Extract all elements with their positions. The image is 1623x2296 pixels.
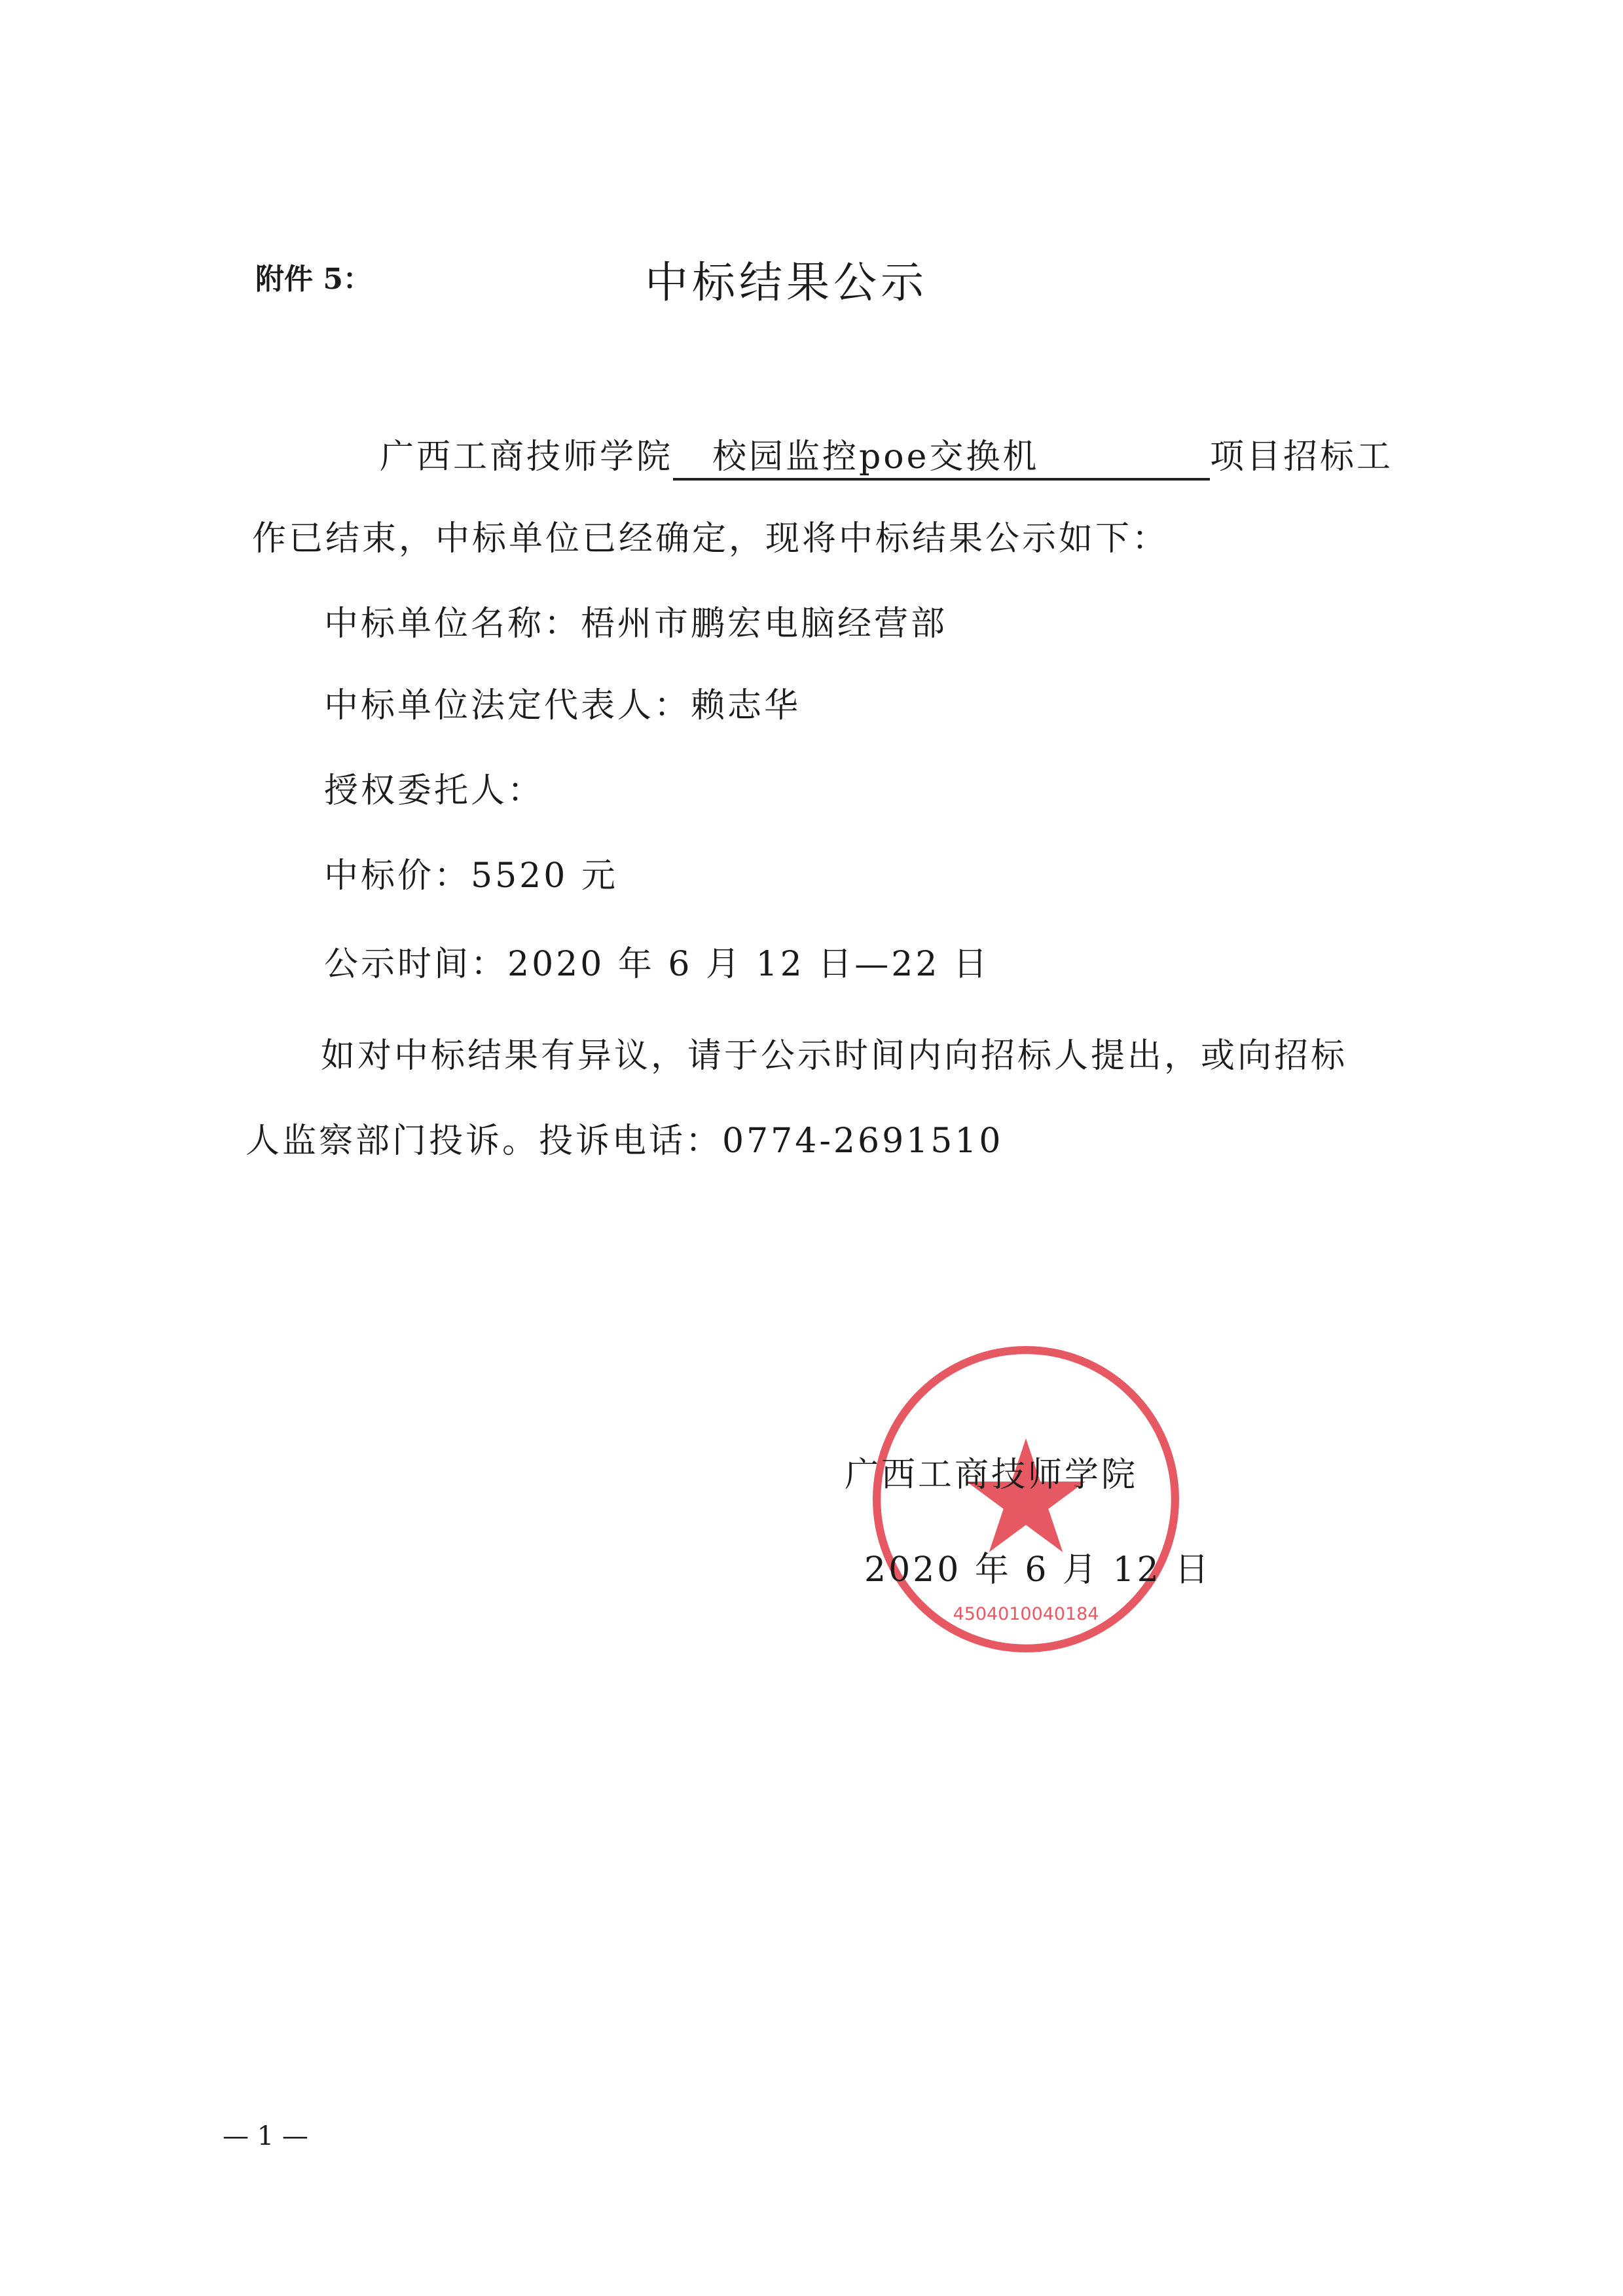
notice-line-2: 人监察部门投诉。投诉电话：0774-2691510	[246, 1113, 1004, 1162]
official-seal-icon: 4504010040184	[866, 1339, 1186, 1660]
signature-date: 2020 年 6 月 12 日	[864, 1542, 1211, 1591]
field-bid-price: 中标价：5520 元	[324, 848, 618, 897]
intro-prefix: 广西工商技师学院	[380, 437, 673, 477]
field-legal-rep: 中标单位法定代表人：赖志华	[324, 678, 801, 727]
svg-text:4504010040184: 4504010040184	[953, 1604, 1099, 1624]
project-name: 校园监控poe交换机	[673, 429, 1210, 481]
intro-suffix: 项目招标工	[1210, 437, 1393, 477]
page-number: — 1 —	[223, 2121, 308, 2151]
field-authorized-agent: 授权委托人：	[324, 763, 544, 812]
field-notice-period: 公示时间：2020 年 6 月 12 日—22 日	[324, 936, 990, 985]
attachment-label: 附件 5：	[255, 255, 372, 297]
document-title: 中标结果公示	[645, 247, 928, 310]
notice-line-1: 如对中标结果有异议，请于公示时间内向招标人提出，或向招标	[321, 1028, 1347, 1077]
intro-line-1: 广西工商技师学院校园监控poe交换机项目招标工	[380, 429, 1393, 481]
field-winner-name: 中标单位名称：梧州市鹏宏电脑经营部	[324, 596, 947, 645]
intro-line-2: 作已结束，中标单位已经确定，现将中标结果公示如下：	[252, 511, 1169, 560]
signature-org: 广西工商技师学院	[845, 1447, 1138, 1496]
